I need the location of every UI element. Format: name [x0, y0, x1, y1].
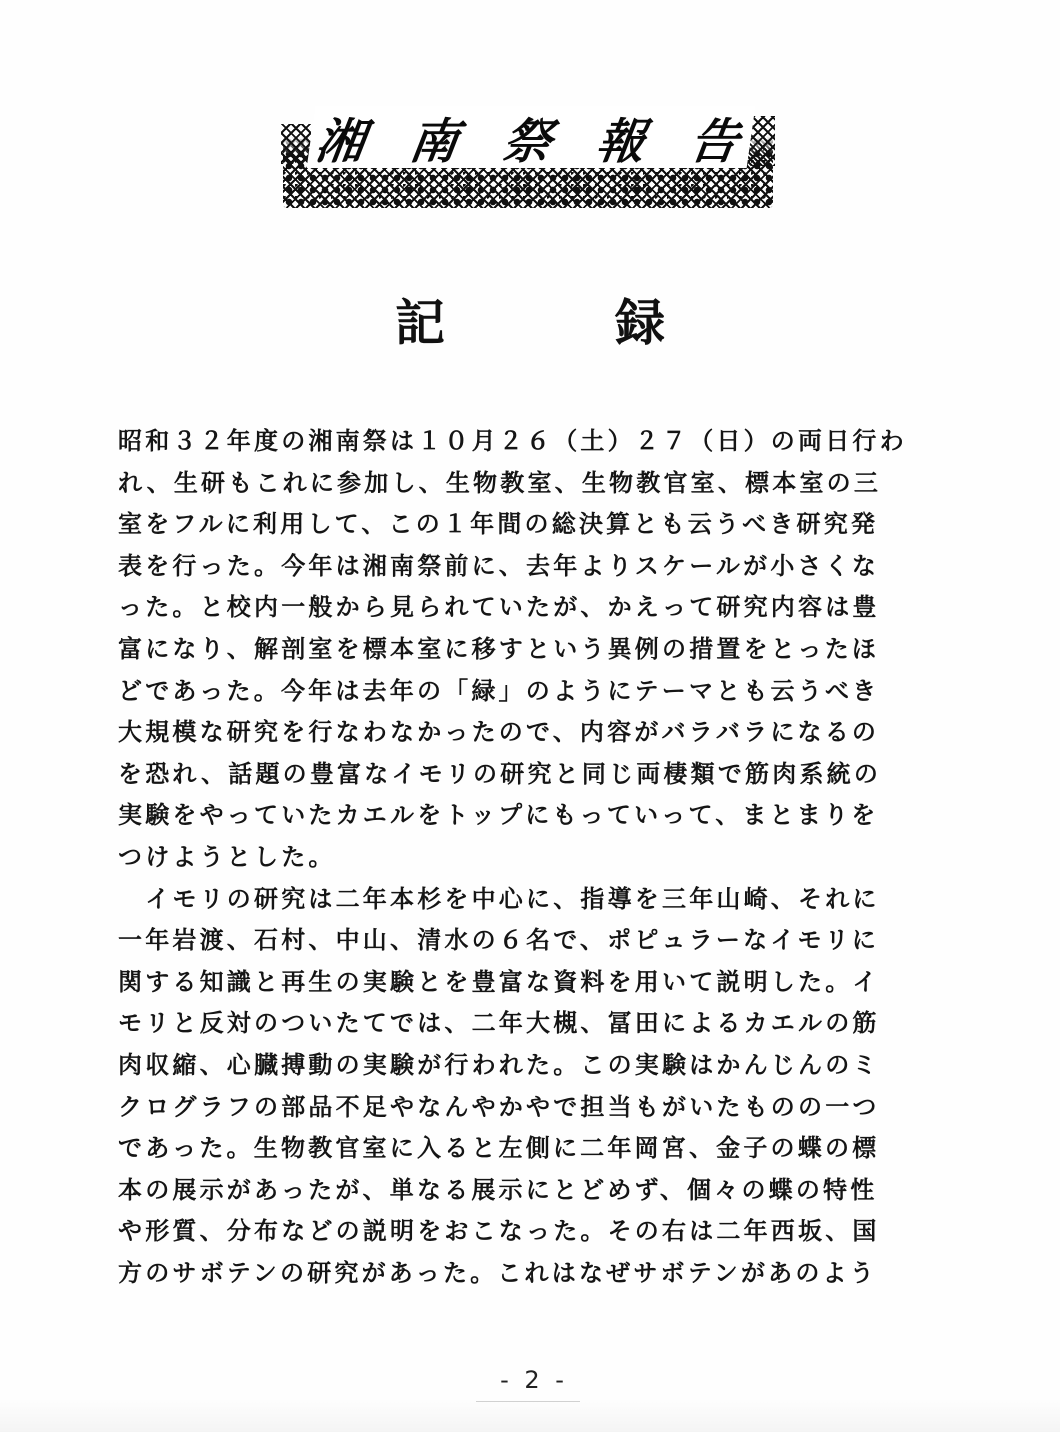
text-line: 表を行った。今年は湘南祭前に、去年よりスケールが小さくな [118, 546, 948, 588]
banner-title-char: 祭 [499, 103, 563, 172]
banner-title-char: 湘 [312, 103, 376, 172]
text-line: った。と校内一般から見られていたが、かえって研究内容は豊 [118, 587, 948, 629]
report-banner: 湘 南 祭 報 告 [283, 108, 773, 210]
text-line: であった。生物教官室に入ると左側に二年岡宮、金子の蝶の標 [118, 1128, 948, 1170]
banner-title-char: 告 [686, 103, 750, 172]
text-line: イモリの研究は二年本杉を中心に、指導を三年山崎、それに [118, 879, 948, 921]
text-line: モリと反対のついたてでは、二年大槻、冨田によるカエルの筋 [118, 1003, 948, 1045]
banner-pattern-left [281, 124, 311, 164]
text-line: 大規模な研究を行なわなかったので、内容がバラバラになるの [118, 712, 948, 754]
section-title-char: 記 [395, 283, 445, 355]
body-text: 昭和３２年度の湘南祭は１０月２６（土）２７（日）の両日行わ れ、生研もこれに参加… [118, 421, 948, 1294]
page-number: - 2 - [494, 1366, 574, 1394]
text-line: 方のサボテンの研究があった。これはなぜサボテンがあのよう [118, 1253, 948, 1295]
text-line: 昭和３２年度の湘南祭は１０月２６（土）２７（日）の両日行わ [118, 421, 948, 463]
scan-edge-shadow [0, 1398, 1060, 1432]
text-line: どであった。今年は去年の「緑」のようにテーマとも云うべき [118, 671, 948, 713]
document-page: 湘 南 祭 報 告 記 録 昭和３２年度の湘南祭は１０月２６（土）２７（日）の両… [0, 0, 1060, 1432]
text-line: 本の展示があったが、単なる展示にとどめず、個々の蝶の特性 [118, 1170, 948, 1212]
text-line: 実験をやっていたカエルをトップにもっていって、まとまりを [118, 795, 948, 837]
text-line: 室をフルに利用して、この１年間の総決算とも云うべき研究発 [118, 504, 948, 546]
text-line: 肉収縮、心臓搏動の実験が行われた。この実験はかんじんのミ [118, 1045, 948, 1087]
text-line: れ、生研もこれに参加し、生物教室、生物教官室、標本室の三 [118, 463, 948, 505]
text-line: 一年岩渡、石村、中山、清水の６名で、ポピュラーなイモリに [118, 920, 948, 962]
section-title: 記 録 [395, 283, 665, 355]
section-title-char: 録 [615, 283, 665, 355]
text-line: クログラフの部品不足やなんやかやで担当もがいたものの一つ [118, 1087, 948, 1129]
text-line: を恐れ、話題の豊富なイモリの研究と同じ両棲類で筋肉系統の [118, 754, 948, 796]
text-line: つけようとした。 [118, 837, 948, 879]
banner-title-char: 報 [593, 103, 657, 172]
banner-title: 湘 南 祭 報 告 [307, 106, 756, 168]
text-line: や形質、分布などの説明をおこなった。その右は二年西坂、国 [118, 1211, 948, 1253]
text-line: 関する知識と再生の実験とを豊富な資料を用いて説明した。イ [118, 962, 948, 1004]
text-line: 富になり、解剖室を標本室に移すという異例の措置をとったほ [118, 629, 948, 671]
banner-title-char: 南 [406, 103, 470, 172]
